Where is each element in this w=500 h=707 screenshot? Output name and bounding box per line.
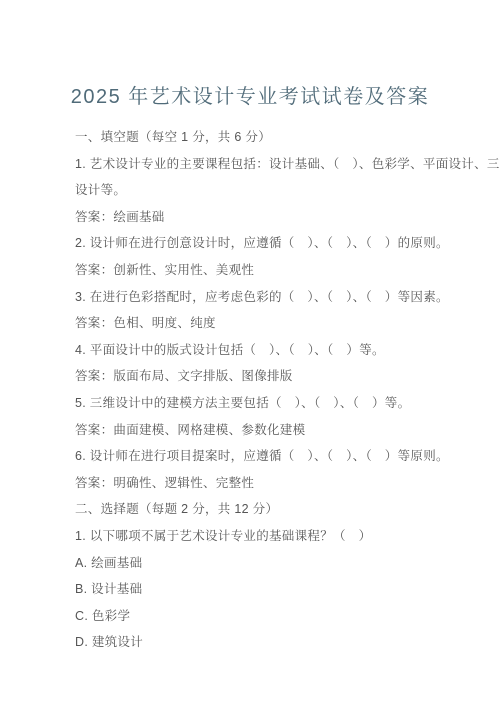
answer-text: 答案：色相、明度、纯度 [75,310,445,337]
answer-text: 答案：版面布局、文字排版、图像排版 [75,363,445,390]
question-text: 6. 设计师在进行项目提案时，应遵循（ ）、（ ）、（ ）等原则。 [75,443,445,470]
question-text: 1. 艺术设计专业的主要课程包括：设计基础、（ ）、色彩学、平面设计、三维 [75,151,445,178]
exam-page: 2025 年艺术设计专业考试试卷及答案 一、填空题（每空 1 分，共 6 分）1… [0,0,500,707]
section-heading: 一、填空题（每空 1 分，共 6 分） [75,124,445,151]
answer-text: 答案：绘画基础 [75,204,445,231]
answer-text: 答案：曲面建模、网格建模、参数化建模 [75,417,445,444]
question-text-continued: 设计等。 [75,177,445,204]
answer-text: 答案：明确性、逻辑性、完整性 [75,470,445,497]
choice-option: C. 色彩学 [75,603,445,630]
question-text: 3. 在进行色彩搭配时，应考虑色彩的（ ）、（ ）、（ ）等因素。 [75,284,445,311]
question-text: 4. 平面设计中的版式设计包括（ ）、（ ）、（ ）等。 [75,337,445,364]
choice-option: B. 设计基础 [75,576,445,603]
document-title: 2025 年艺术设计专业考试试卷及答案 [0,82,500,112]
question-text: 5. 三维设计中的建模方法主要包括（ ）、（ ）、（ ）等。 [75,390,445,417]
question-text: 1. 以下哪项不属于艺术设计专业的基础课程？（ ） [75,523,445,550]
question-text: 2. 设计师在进行创意设计时，应遵循（ ）、（ ）、（ ）的原则。 [75,230,445,257]
choice-option: A. 绘画基础 [75,550,445,577]
section-heading: 二、选择题（每题 2 分，共 12 分） [75,496,445,523]
choice-option: D. 建筑设计 [75,629,445,656]
document-body: 一、填空题（每空 1 分，共 6 分）1. 艺术设计专业的主要课程包括：设计基础… [75,124,445,656]
answer-text: 答案：创新性、实用性、美观性 [75,257,445,284]
